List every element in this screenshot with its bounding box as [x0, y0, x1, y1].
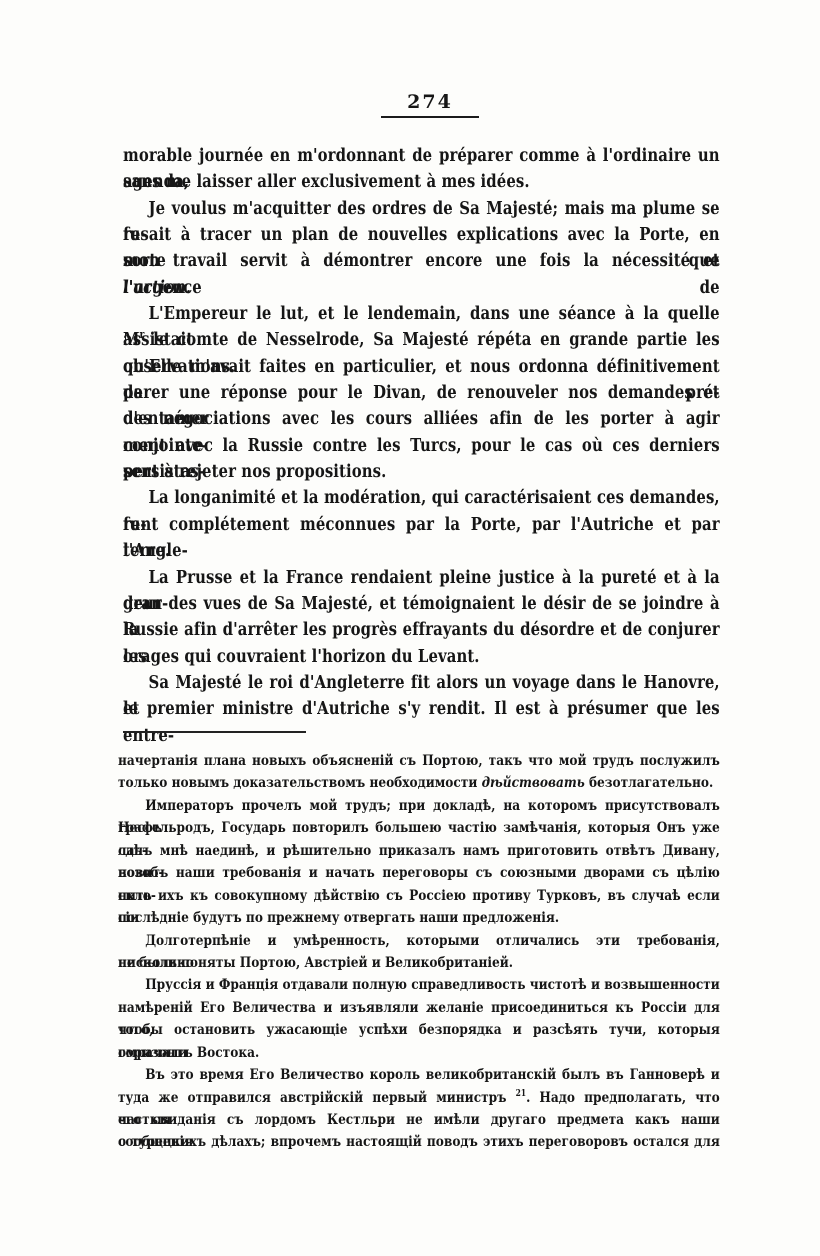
text-segment: sent à rejeter nos propositions.: [123, 462, 386, 482]
text-line: его свиданія съ лордомъ Кестльри не имѣл…: [118, 1109, 720, 1131]
text-segment: не были поняты Портою, Австріей и Велико…: [118, 955, 513, 971]
text-segment: orages qui couvraient l'horizon du Levan…: [123, 647, 480, 667]
text-line: только новымъ доказательствомъ необходим…: [118, 772, 720, 794]
text-line: sent à rejeter nos propositions.: [123, 459, 720, 485]
text-line: La longanimité et la modération, qui car…: [123, 485, 720, 511]
text-segment: послѣдніе будутъ по прежнему отвергать н…: [118, 910, 559, 926]
text-line: Въ это время Его Величество король велик…: [118, 1064, 720, 1086]
text-line: нить ихъ къ совокупному дѣйствію съ Росс…: [118, 885, 720, 907]
text-segment: M: [123, 330, 140, 350]
text-line: Je voulus m'acquitter des ordres de Sa M…: [123, 196, 720, 222]
text-line: orages qui couvraient l'horizon du Levan…: [123, 644, 720, 670]
text-line: morable journée en m'ordonnant de prépar…: [123, 143, 720, 169]
text-line: Пруссія и Франція отдавали полную справе…: [118, 974, 720, 996]
text-line: La Prusse et la France rendaient pleine …: [123, 565, 720, 591]
page-header: 274: [123, 91, 737, 118]
text-line: лалъ мнѣ наединѣ, и рѣшительно приказалъ…: [118, 840, 720, 862]
text-segment: le premier ministre d'Autriche s'y rendi…: [123, 699, 720, 745]
text-segment: туда же отправился австрійскій первый ми…: [118, 1090, 516, 1106]
text-segment: только новымъ доказательствомъ необходим…: [118, 775, 482, 791]
text-line: Sa Majesté le roi d'Angleterre fit alors…: [123, 670, 720, 696]
text-segment: l'action.: [123, 278, 191, 298]
text-line: начертанія плана новыхъ объясненій съ По…: [118, 750, 720, 772]
text-line: о турецкихъ дѣлахъ; впрочемъ настоящій п…: [118, 1131, 720, 1153]
text-line: terre.: [123, 538, 720, 564]
text-line: Russie afin d'arrêter les progrès effray…: [123, 617, 720, 643]
text-line: Императоръ прочелъ мой трудъ; при доклад…: [118, 795, 720, 817]
text-line: deur des vues de Sa Majesté, et témoigna…: [123, 591, 720, 617]
footnote-separator-rule: [123, 731, 306, 733]
text-line: parer une réponse pour le Divan, de reno…: [123, 380, 720, 406]
text-line: rent complétement méconnues par la Porte…: [123, 512, 720, 538]
text-segment: дѣйствовать: [482, 775, 585, 791]
text-line: Mr le comte de Nesselrode, Sa Majesté ré…: [123, 327, 720, 353]
main-text-french: morable journée en m'ordonnant de prépar…: [123, 143, 720, 723]
footnote-text-russian: начертанія плана новыхъ объясненій съ По…: [118, 750, 720, 1154]
text-segment: mon travail servit à démontrer encore un…: [123, 251, 720, 297]
text-segment: terre.: [123, 541, 170, 561]
text-line: des négociations avec les cours alliées …: [123, 406, 720, 432]
text-line: чтобы остановить ужасающіе успѣхи безпор…: [118, 1019, 720, 1041]
text-segment: горизонтъ Востока.: [118, 1045, 259, 1061]
scanned-book-page: 274 morable journée en m'ordonnant de pr…: [0, 0, 820, 1256]
text-line: Нессельродъ, Государь повторилъ большею …: [118, 817, 720, 839]
text-line: новить наши требованія и начать перегово…: [118, 862, 720, 884]
text-segment: sans me laisser aller exclusivement à me…: [123, 172, 530, 192]
text-segment: Пруссія и Франція отдавали полную справе…: [145, 977, 720, 993]
text-line: туда же отправился австрійскій первый ми…: [118, 1087, 720, 1109]
text-line: le premier ministre d'Autriche s'y rendi…: [123, 696, 720, 722]
text-line: горизонтъ Востока.: [118, 1042, 720, 1064]
text-segment: безотлагательно.: [585, 775, 714, 791]
text-segment: о турецкихъ дѣлахъ; впрочемъ настоящій п…: [118, 1134, 720, 1150]
text-line: намѣреній Его Величества и изъявляли жел…: [118, 997, 720, 1019]
page-number: 274: [381, 91, 479, 118]
text-line: не были поняты Портою, Австріей и Велико…: [118, 952, 720, 974]
text-segment: начертанія плана новыхъ объясненій съ По…: [118, 753, 720, 769]
text-line: sans me laisser aller exclusivement à me…: [123, 169, 720, 195]
text-line: послѣдніе будутъ по прежнему отвергать н…: [118, 907, 720, 929]
text-line: Долготерпѣніе и умѣренность, которыми от…: [118, 930, 720, 952]
text-line: qu'Elle m'avait faites en particulier, e…: [123, 354, 720, 380]
text-line: fusait à tracer un plan de nouvelles exp…: [123, 222, 720, 248]
text-line: ment avec la Russie contre les Turcs, po…: [123, 433, 720, 459]
footnote-reference-mark: 21: [516, 1089, 526, 1099]
text-segment: Въ это время Его Величество король велик…: [145, 1067, 720, 1083]
text-line: L'Empereur le lut, et le lendemain, dans…: [123, 301, 720, 327]
text-line: mon travail servit à démontrer encore un…: [123, 248, 720, 274]
